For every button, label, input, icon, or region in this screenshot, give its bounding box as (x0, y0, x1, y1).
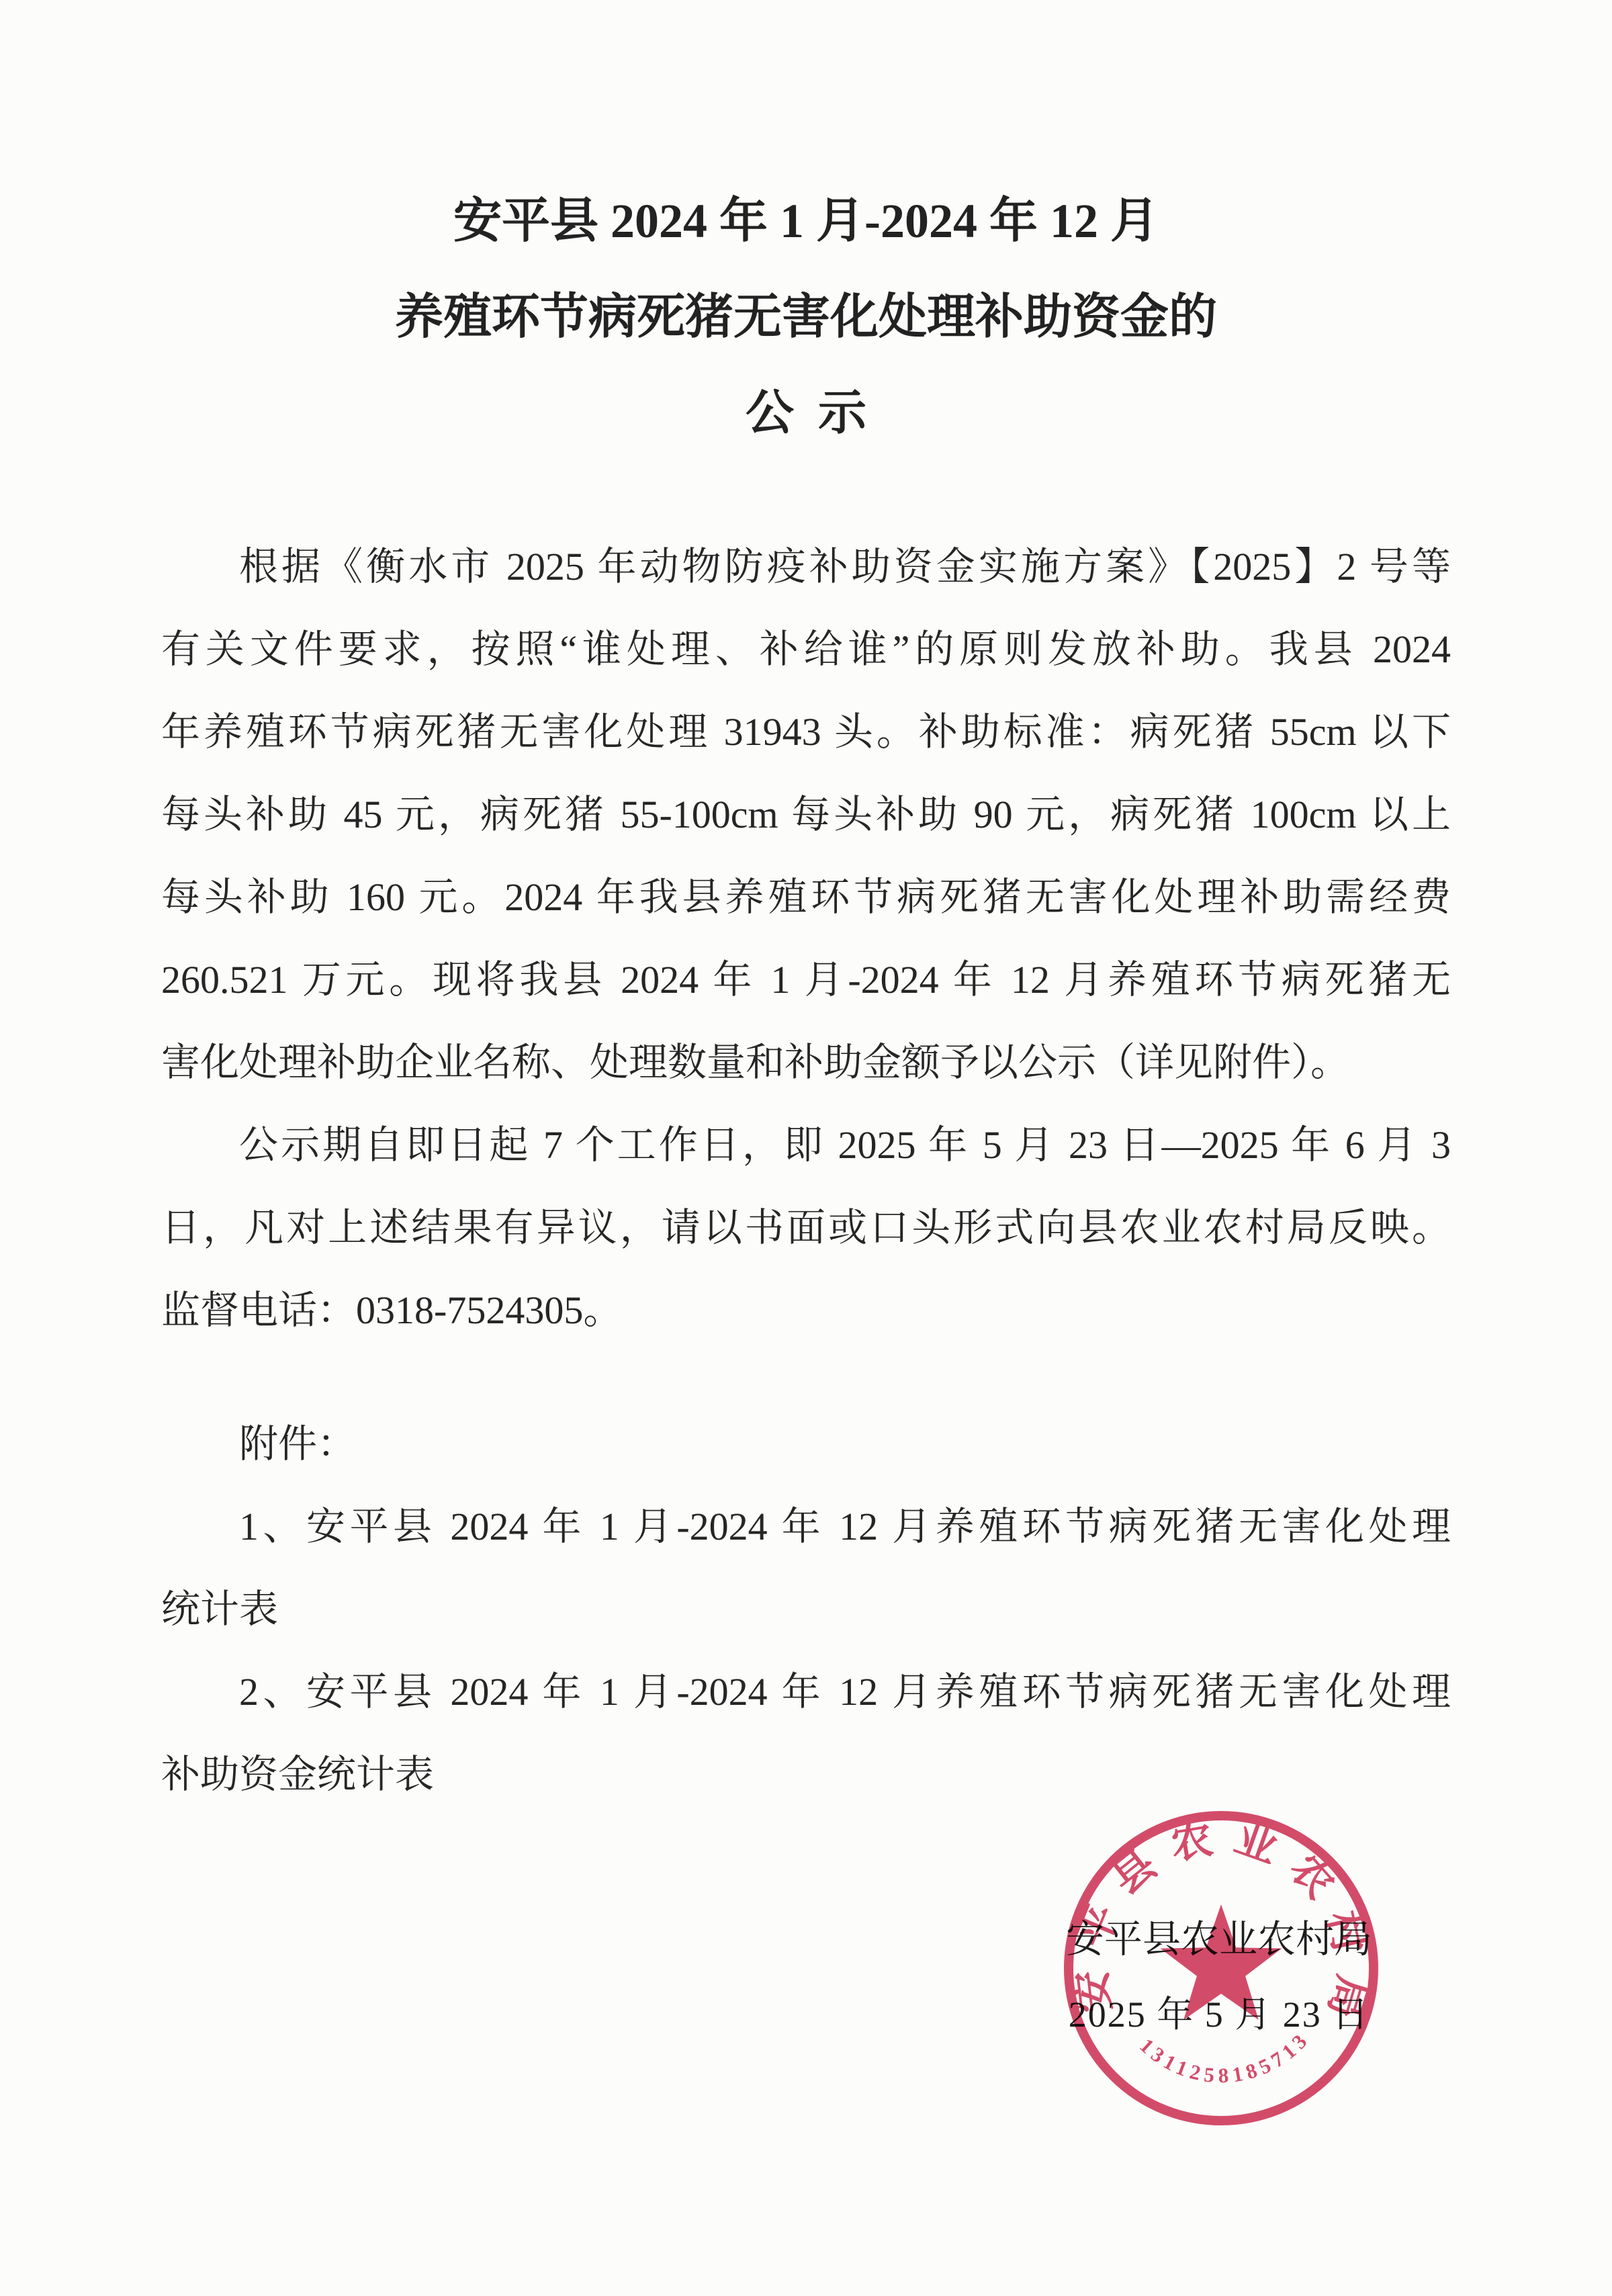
paragraph1-line: 每头补助 160 元。2024 年我县养殖环节病死猪无害化处理补助需经费 (161, 856, 1451, 938)
attachments-label: 附件： (161, 1403, 1451, 1485)
attachments-section: 附件： 1、安平县 2024 年 1 月-2024 年 12 月养殖环节病死猪无… (161, 1403, 1451, 1816)
paragraph2-line supervision-phone: 监督电话：0318-7524305。 (161, 1269, 1451, 1352)
paragraph1-line: 260.521 万元。现将我县 2024 年 1 月-2024 年 12 月养殖… (161, 938, 1451, 1021)
document-title: 安平县 2024 年 1 月-2024 年 12 月 养殖环节病死猪无害化处理补… (161, 173, 1451, 461)
signature-block: 安平县农业农村局 2025 年 5 月 23 日 (1018, 1920, 1421, 2034)
title-line-2: 养殖环节病死猪无害化处理补助资金的 (161, 269, 1451, 365)
paragraph1-line: 每头补助 45 元，病死猪 55-100cm 每头补助 90 元，病死猪 100… (161, 773, 1451, 856)
title-line-1: 安平县 2024 年 1 月-2024 年 12 月 (161, 173, 1451, 269)
paragraph1-line: 有关文件要求，按照“谁处理、补给谁”的原则发放补助。我县 2024 (161, 608, 1451, 691)
attachment-item-2: 2、安平县 2024 年 1 月-2024 年 12 月养殖环节病死猪无害化处理 (161, 1650, 1451, 1733)
attachment-item-1-continuation: 统计表 (161, 1568, 1451, 1650)
paragraph2-line: 公示期自即日起 7 个工作日，即 2025 年 5 月 23 日—2025 年 … (161, 1104, 1451, 1186)
paragraph1-line: 根据《衡水市 2025 年动物防疫补助资金实施方案》【2025】2 号等 (161, 525, 1451, 608)
issuing-org-name: 安平县农业农村局 (1018, 1920, 1421, 1960)
paragraph1-line: 年养殖环节病死猪无害化处理 31943 头。补助标准：病死猪 55cm 以下 (161, 691, 1451, 773)
paragraph2-line: 日，凡对上述结果有异议，请以书面或口头形式向县农业农村局反映。 (161, 1186, 1451, 1269)
notice-document-page: 安平县 2024 年 1 月-2024 年 12 月 养殖环节病死猪无害化处理补… (0, 0, 1612, 2296)
notice-body: 根据《衡水市 2025 年动物防疫补助资金实施方案》【2025】2 号等 有关文… (161, 525, 1451, 1352)
issue-date: 2025 年 5 月 23 日 (1018, 1995, 1421, 2034)
attachment-item-2-continuation: 补助资金统计表 (161, 1733, 1451, 1816)
title-line-3: 公 示 (161, 365, 1451, 461)
attachment-item-1: 1、安平县 2024 年 1 月-2024 年 12 月养殖环节病死猪无害化处理 (161, 1485, 1451, 1568)
seal-code-number: 1311258185713 (1135, 2027, 1314, 2088)
paragraph1-line: 害化处理补助企业名称、处理数量和补助金额予以公示（详见附件）。 (161, 1021, 1451, 1104)
